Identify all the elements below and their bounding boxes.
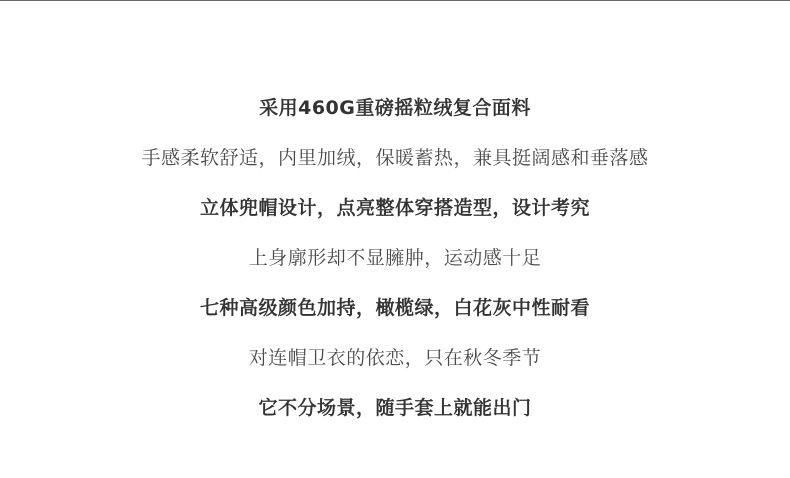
copy-line-fabric-headline: 采用460G重磅摇粒绒复合面料 <box>0 96 790 120</box>
copy-line-hood-design: 立体兜帽设计，点亮整体穿搭造型，设计考究 <box>0 196 790 220</box>
copy-line-versatility: 它不分场景，随手套上就能出门 <box>0 396 790 420</box>
copy-line-season: 对连帽卫衣的依恋，只在秋冬季节 <box>0 346 790 370</box>
copy-line-comfort: 手感柔软舒适，内里加绒，保暖蓄热，兼具挺阔感和垂落感 <box>0 146 790 170</box>
top-border-divider <box>0 0 790 1</box>
copy-line-silhouette: 上身廓形却不显臃肿，运动感十足 <box>0 246 790 270</box>
copy-line-colors: 七种高级颜色加持，橄榄绿，白花灰中性耐看 <box>0 296 790 320</box>
